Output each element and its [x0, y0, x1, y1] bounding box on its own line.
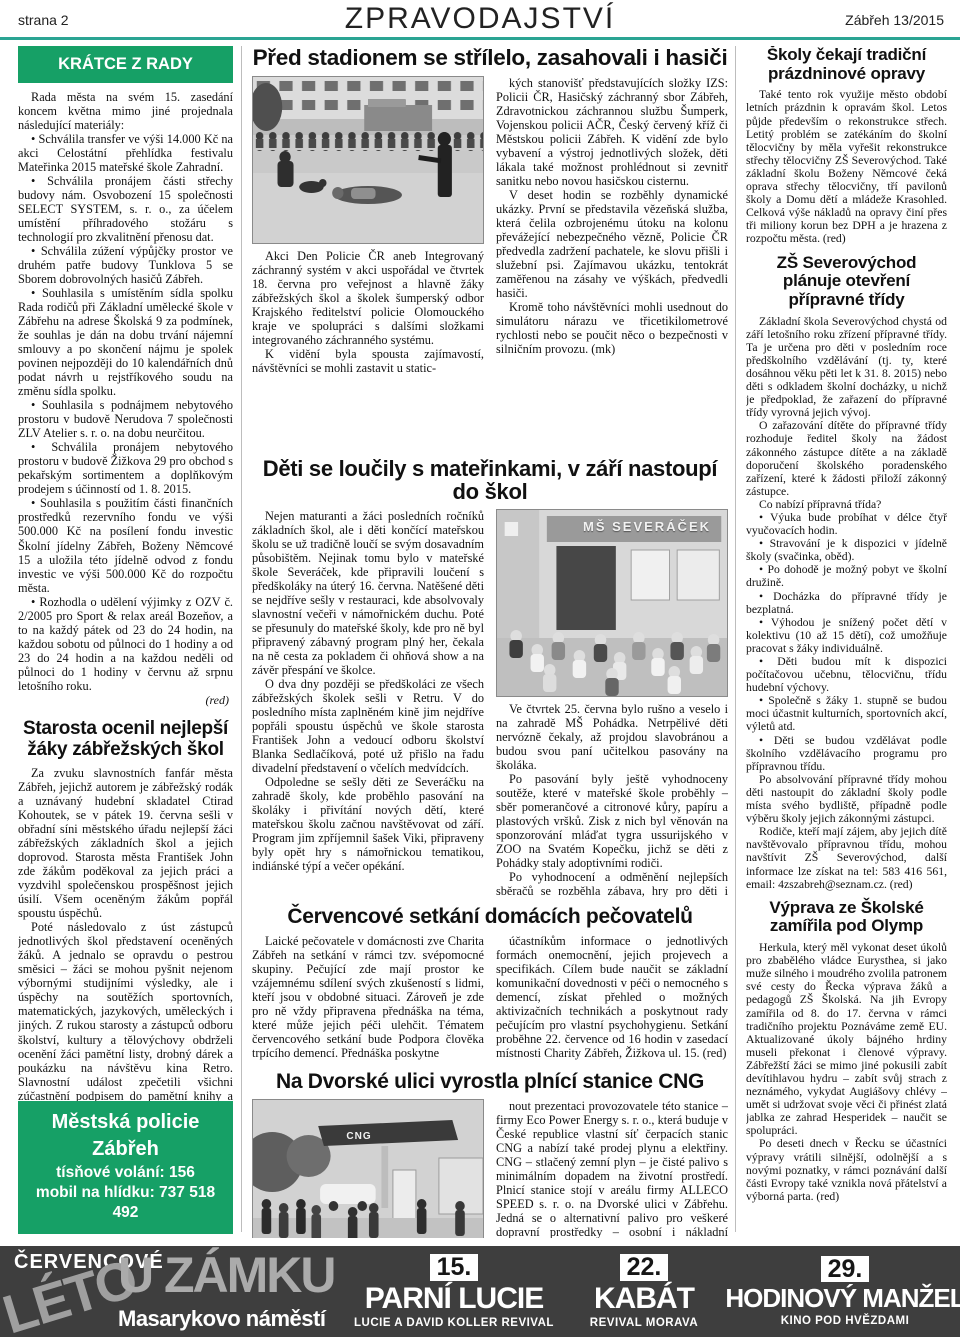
event-3-sub: KINO POD HVĚZDAMI — [781, 1315, 910, 1327]
event-1-date: 15. — [430, 1254, 479, 1280]
paragraph: • Výhodou je snížený počet dětí v kolekt… — [746, 616, 947, 655]
right-column: Školy čekají tradiční prázdninové opravy… — [746, 46, 947, 1236]
paragraph: Ve čtvrtek 25. června bylo rušno a vesel… — [496, 702, 728, 772]
paragraph: Po vyhodnocení a odměnění nejlepších sbě… — [496, 870, 728, 897]
event-2-name: KABÁT — [594, 1282, 694, 1316]
article-stadion-col2: kých stanovišť představujících složky IZ… — [496, 76, 728, 356]
paragraph: Odpoledne se sešly děti ze Severáčku na … — [252, 775, 484, 873]
paragraph: • Schválila pronájem nebytového prostoru… — [18, 440, 233, 496]
paragraph: Po deseti dnech v Řecku se účastníci výp… — [746, 1137, 947, 1202]
article-opravy-body: Také tento rok využije město období letn… — [746, 88, 947, 245]
article-pripravna-trida-body: Základní škola Severovýchod chystá od zá… — [746, 315, 947, 891]
kindergarten-illustration — [497, 510, 727, 696]
paragraph: Také tento rok využije město období letn… — [746, 88, 947, 245]
article-materinky: Děti se loučily s mateřinkami, v září na… — [252, 457, 728, 897]
paragraph: • Souhlasila s podnájmem nebytového pros… — [18, 398, 233, 440]
paragraph: • Společně s žáky 1. stupně se budou moc… — [746, 694, 947, 733]
kratce-box-title: KRÁTCE Z RADY — [58, 55, 193, 73]
paragraph: Rodiče, kteří mají zájem, aby jejich dít… — [746, 825, 947, 890]
kratce-signature: (red) — [18, 693, 233, 708]
kratce-z-rady-box: KRÁTCE Z RADY — [18, 46, 233, 83]
starosta-headline: Starosta ocenil nejlepší žáky zábřežskýc… — [18, 718, 233, 761]
paragraph: • Schválila zúžení výpůjčky prostor ve d… — [18, 244, 233, 286]
banner-event-2: 22. KABÁT REVIVAL MORAVA — [558, 1254, 730, 1328]
article-olymp: Výprava ze Školské zamířila pod Olymp He… — [746, 899, 947, 1203]
paragraph: kých stanovišť představujících složky IZ… — [496, 76, 728, 188]
cng-canopy-sign: CNG — [341, 1131, 377, 1142]
paragraph: O dva dny později se předškoláci ze všec… — [252, 677, 484, 775]
column-divider-right — [735, 46, 736, 1232]
paragraph: Herkula, který měl vykonat deset úkolů p… — [746, 941, 947, 1137]
article-pripravna-trida-headline: ZŠ Severovýchod plánuje otevření příprav… — [746, 254, 947, 310]
paragraph: • Rozhodla o udělení výjimky z OZV č. 2/… — [18, 595, 233, 693]
event-2-sub: REVIVAL MORAVA — [590, 1317, 698, 1329]
article-olymp-headline: Výprava ze Školské zamířila pod Olymp — [746, 899, 947, 936]
paragraph: • Schválila pronájem části střechy budov… — [18, 174, 233, 244]
paragraph: Kromě toho návštěvníci mohli usednout do… — [496, 300, 728, 356]
banner-event-1: 15. PARNÍ LUCIE LUCIE A DAVID KOLLER REV… — [350, 1254, 558, 1328]
paragraph: Poté následovalo z úst zástupců jednotli… — [18, 920, 233, 1130]
police-mobile-line: mobil na hlídku: 737 518 492 — [22, 1183, 229, 1223]
banner-venue-label: Masarykovo náměstí — [118, 1306, 325, 1332]
paragraph: Co nabízí přípravná třída? — [746, 498, 947, 511]
paragraph: Po pasování byly ještě vyhodnoceny soutě… — [496, 772, 728, 870]
article-cng: Na Dvorské ulici vyrostla plnící stanice… — [252, 1071, 728, 1238]
article-cng-col2: nout prezentaci provozovatele této stani… — [496, 1099, 728, 1238]
ad-banner-leto-u-zamku: ČERVENCOVÉ LÉTO U ZÁMKU Masarykovo náměs… — [0, 1246, 960, 1337]
paragraph: Po absolvování přípravné třídy mohou dět… — [746, 773, 947, 825]
issue-label: Zábřeh 13/2015 — [845, 12, 944, 28]
paragraph: Rada města na svém 15. zasedání koncem k… — [18, 90, 233, 132]
paragraph: Základní škola Severovýchod chystá od zá… — [746, 315, 947, 420]
kratce-body: Rada města na svém 15. zasedání koncem k… — [18, 90, 233, 693]
article-stadion-col1: Akci Den Policie ČR aneb Integrovaný zác… — [252, 249, 484, 375]
event-1-sub: LUCIE A DAVID KOLLER REVIVAL — [354, 1317, 554, 1329]
article-pecovatele-headline: Červencové setkání domácích pečovatelů — [252, 906, 728, 928]
paragraph: O zařazování dítěte do přípravné třídy r… — [746, 419, 947, 498]
paragraph: • Stravování je k dispozici v jídelně šk… — [746, 537, 947, 563]
page-header: strana 2 ZPRAVODAJSTVÍ Zábřeh 13/2015 — [0, 0, 960, 40]
article-materinky-headline: Děti se loučily s mateřinkami, v září na… — [252, 457, 728, 503]
paragraph: • Souhlasila s umístěním sídla spolku Ra… — [18, 286, 233, 398]
paragraph: V deset hodin se rozběhly dynamické ukáz… — [496, 188, 728, 300]
event-3-date: 29. — [821, 1256, 870, 1282]
event-2-date: 22. — [620, 1254, 669, 1280]
paragraph: nout prezentaci provozovatele této stani… — [496, 1099, 728, 1238]
newspaper-page: strana 2 ZPRAVODAJSTVÍ Zábřeh 13/2015 KR… — [0, 0, 960, 1341]
paragraph: Akci Den Policie ČR aneb Integrovaný zác… — [252, 249, 484, 347]
paragraph: Za zvuku slavnostních fanfár města Zábře… — [18, 766, 233, 920]
article-opravy-headline: Školy čekají tradiční prázdninové opravy — [746, 46, 947, 83]
paragraph: • Souhlasila s použitím části finančních… — [18, 496, 233, 594]
article-materinky-col2: Ve čtvrtek 25. června bylo rušno a vesel… — [496, 702, 728, 897]
article-cng-headline: Na Dvorské ulici vyrostla plnící stanice… — [252, 1071, 728, 1093]
paragraph: • Děti budou mít k dispozici počítačovou… — [746, 655, 947, 694]
paragraph: Laické pečovatele v domácnosti zve Chari… — [252, 934, 484, 1060]
article-opravy: Školy čekají tradiční prázdninové opravy… — [746, 46, 947, 246]
paragraph: • Docházka do přípravné třídy je bezplat… — [746, 590, 947, 616]
photo-ms-severacek: MŠ SEVERÁČEK — [496, 509, 728, 697]
paragraph: • Schválila transfer ve výši 14.000 Kč n… — [18, 132, 233, 174]
city-police-box: Městská policie Zábřeh tísňové volání: 1… — [18, 1101, 233, 1234]
paragraph: Nejen maturanti a žáci posledních ročník… — [252, 509, 484, 677]
event-3-name: HODINOVÝ MANŽEL — [725, 1283, 960, 1314]
paragraph: • Děti se budou vzdělávat podle školního… — [746, 734, 947, 773]
article-olymp-body: Herkula, který měl vykonat deset úkolů p… — [746, 941, 947, 1203]
ms-severacek-sign: MŠ SEVERÁČEK — [567, 519, 727, 534]
cng-station-illustration — [253, 1100, 483, 1238]
paragraph: • Výuka bude probíhat v délce čtyř vyučo… — [746, 511, 947, 537]
column-divider-left — [241, 46, 242, 1232]
paragraph: účastníkům informace o jednotlivých form… — [496, 934, 728, 1060]
left-column: KRÁTCE Z RADY Rada města na svém 15. zas… — [18, 46, 233, 1238]
banner-zamku-text: U ZÁMKU — [118, 1246, 335, 1304]
police-box-title: Městská policie Zábřeh — [22, 1109, 229, 1163]
police-demo-illustration — [253, 77, 483, 243]
article-pecovatele-col2: účastníkům informace o jednotlivých form… — [496, 934, 728, 1060]
photo-cng-station: CNG — [252, 1099, 484, 1238]
paragraph: • Po dohodě je možný pobyt ve školní dru… — [746, 563, 947, 589]
section-title: ZPRAVODAJSTVÍ — [0, 2, 960, 36]
article-pripravna-trida: ZŠ Severovýchod plánuje otevření příprav… — [746, 254, 947, 891]
header-rule — [0, 37, 960, 40]
event-1-name: PARNÍ LUCIE — [365, 1282, 543, 1316]
banner-event-3: 29. HODINOVÝ MANŽEL KINO POD HVĚZDAMI — [730, 1256, 960, 1327]
photo-police-demo — [252, 76, 484, 244]
banner-promo: ČERVENCOVÉ LÉTO U ZÁMKU Masarykovo náměs… — [0, 1246, 350, 1337]
article-stadion-headline: Před stadionem se střílelo, zasahovali i… — [252, 46, 728, 70]
article-pecovatele: Červencové setkání domácích pečovatelů L… — [252, 906, 728, 1062]
article-pecovatele-col1: Laické pečovatele v domácnosti zve Chari… — [252, 934, 484, 1060]
paragraph: K vidění byla spousta zajímavostí, návšt… — [252, 347, 484, 375]
article-materinky-col1: Nejen maturanti a žáci posledních ročník… — [252, 509, 484, 873]
police-emergency-line: tísňové volání: 156 — [22, 1163, 229, 1183]
article-stadion: Před stadionem se střílelo, zasahovali i… — [252, 46, 728, 448]
middle-column: Před stadionem se střílelo, zasahovali i… — [252, 46, 728, 1238]
starosta-body: Za zvuku slavnostních fanfár města Zábře… — [18, 766, 233, 1130]
